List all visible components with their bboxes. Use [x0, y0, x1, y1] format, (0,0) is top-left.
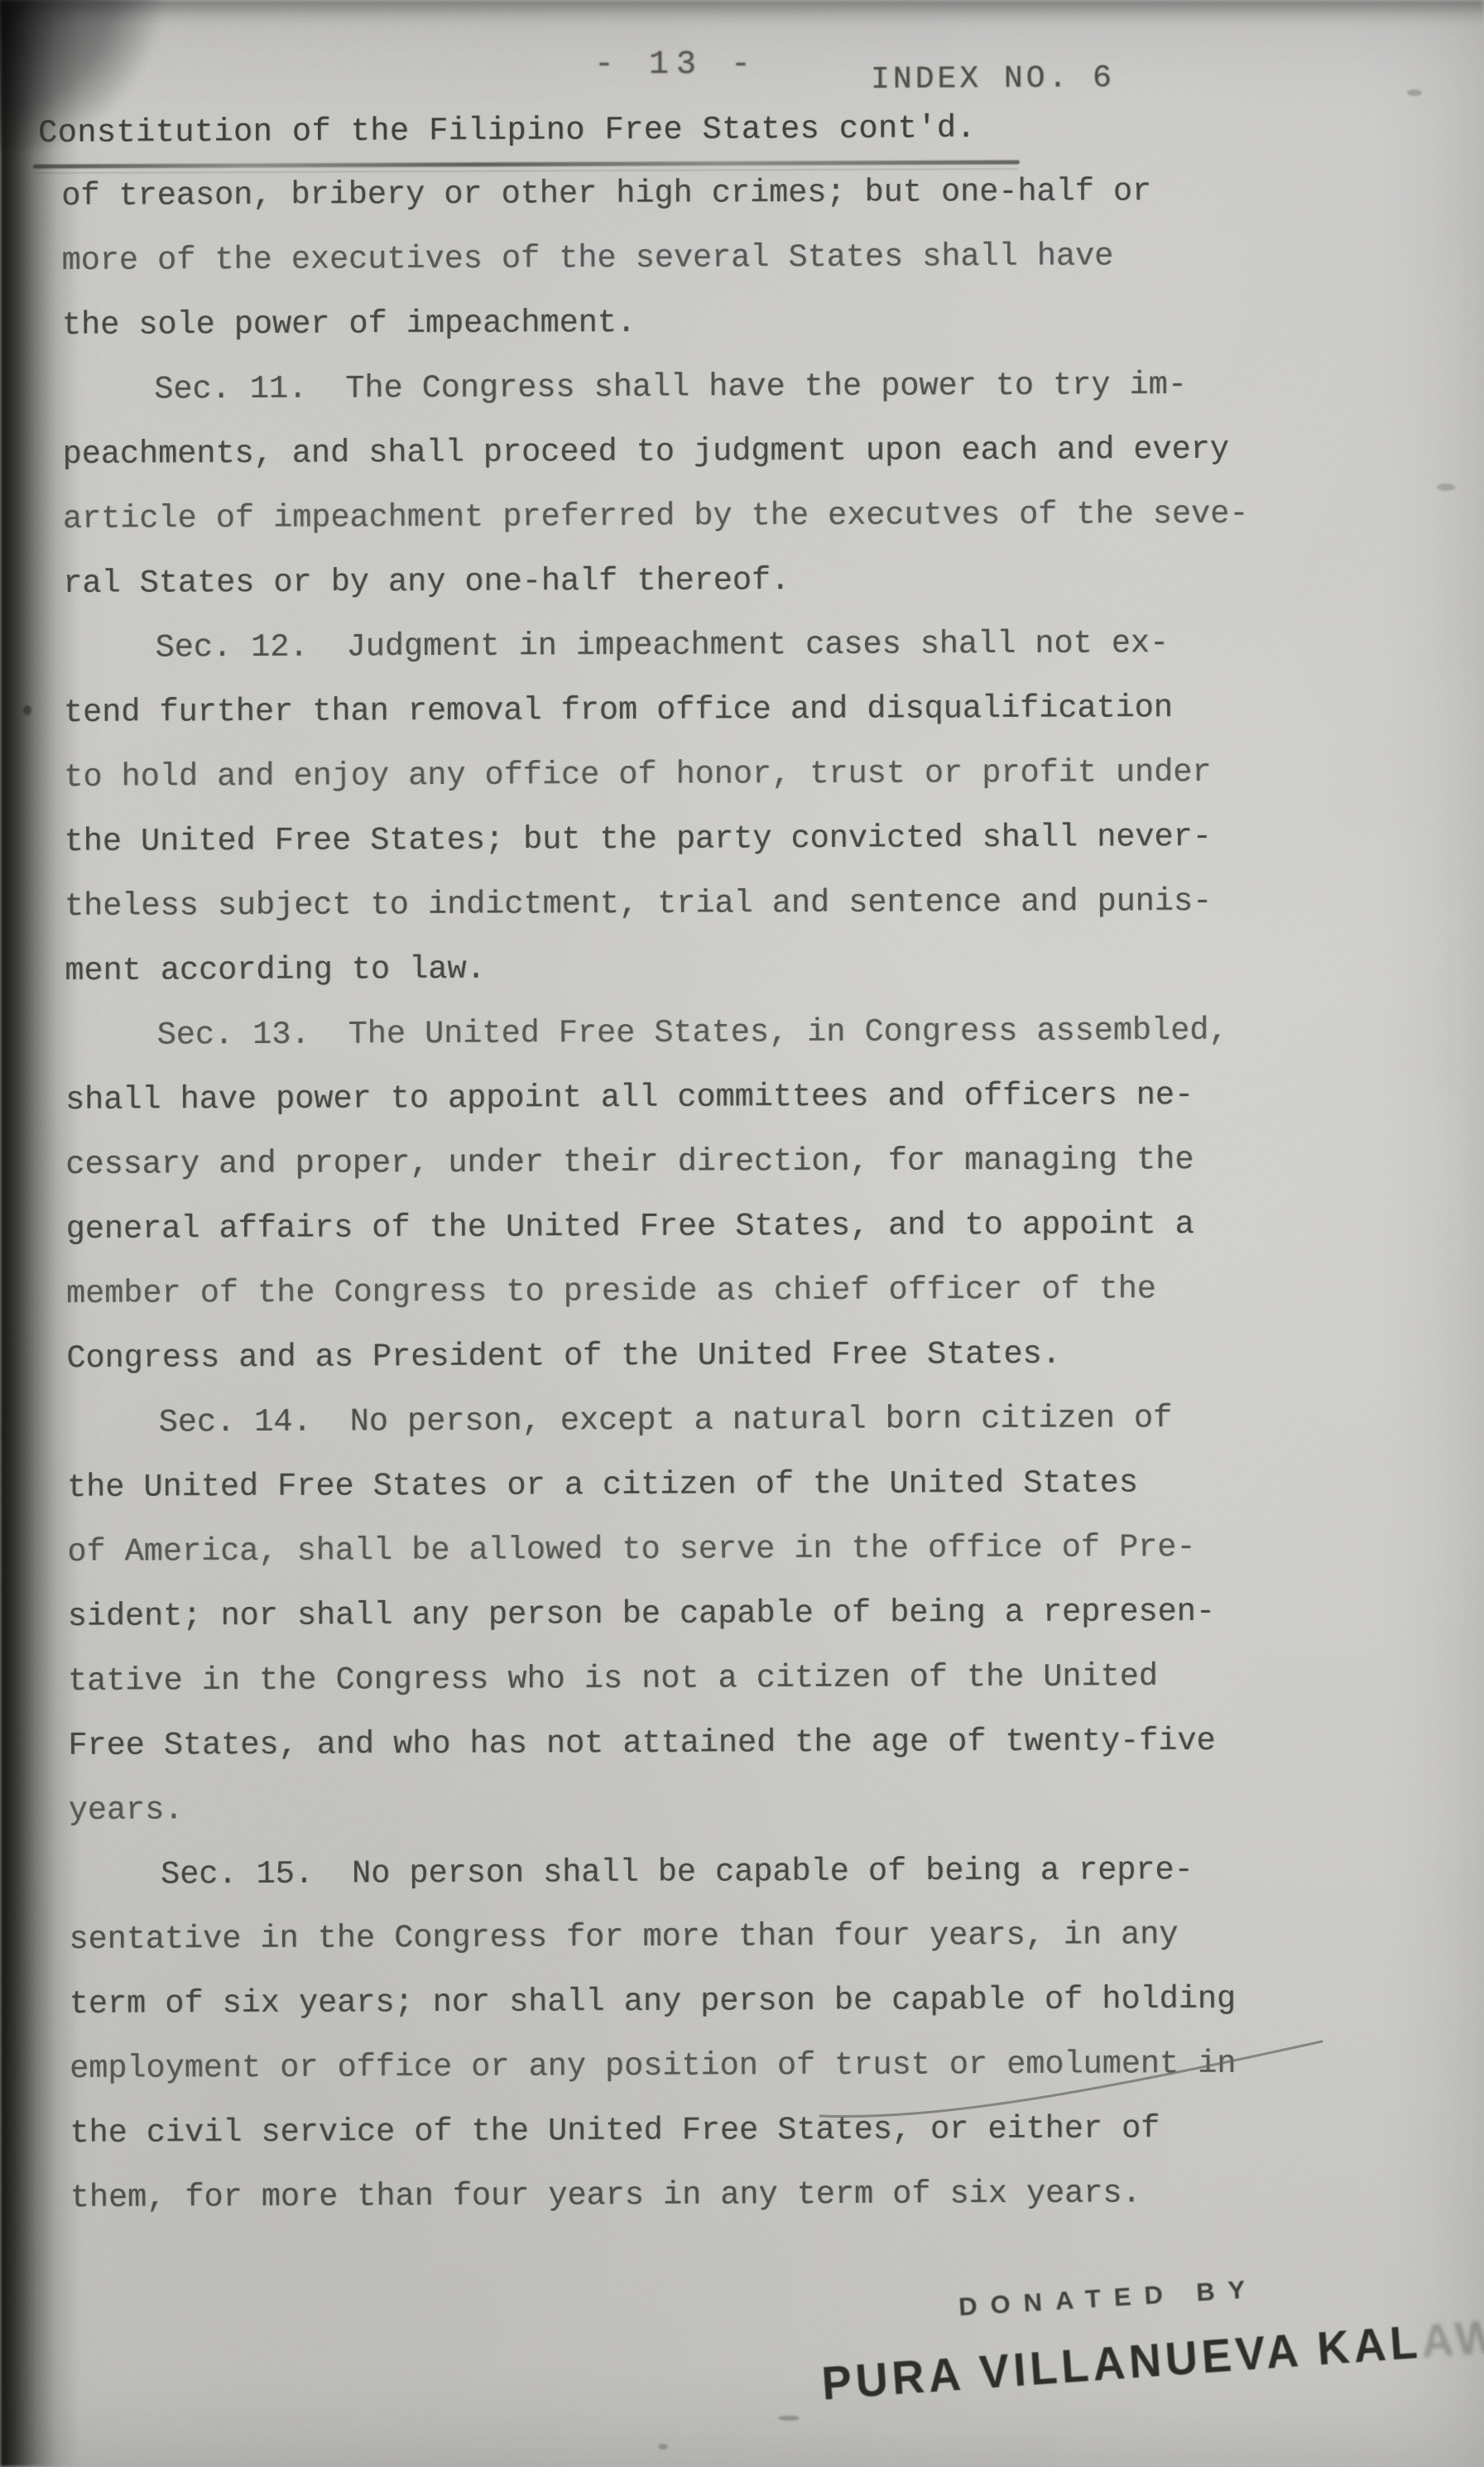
stamp-donor-name: PURA VILLANUEVA KALAW [820, 2310, 1484, 2411]
text-line: Sec. 12. Judgment in impeachment cases s… [63, 610, 1354, 680]
text-line: general affairs of the United Free State… [65, 1191, 1357, 1262]
text-line: Sec. 15. No person shall be capable of b… [69, 1837, 1360, 1907]
text-line: Sec. 14. No person, except a natural bor… [66, 1385, 1357, 1455]
text-line: the United Free States; but the party co… [64, 804, 1355, 874]
text-line: the sole power of impeachment. [62, 287, 1353, 358]
text-line: of treason, bribery or other high crimes… [61, 158, 1352, 228]
ink-speck [1407, 89, 1422, 96]
text-line: tative in the Congress who is not a citi… [68, 1643, 1359, 1714]
text-line: Sec. 13. The United Free States, in Cong… [65, 998, 1356, 1068]
ink-speck [778, 2416, 800, 2421]
stamp-donor-name-faded: AW [1419, 2311, 1484, 2368]
text-line: member of the Congress to preside as chi… [66, 1256, 1357, 1326]
text-line: ment according to law. [65, 933, 1356, 1003]
text-line: employment or office or any position of … [70, 2031, 1361, 2101]
text-line: sentative in the Congress for more than … [69, 1902, 1360, 1972]
stamp-donor-name-main: PURA VILLANUEVA KAL [820, 2316, 1424, 2410]
text-line: article of impeachment preferred by the … [63, 481, 1354, 551]
ink-speck [1437, 483, 1455, 491]
text-line: term of six years; nor shall any person … [70, 1966, 1361, 2037]
text-line: ral States or by any one-half thereof. [63, 546, 1354, 616]
text-line: years. [69, 1772, 1360, 1843]
text-line: theless subject to indictment, trial and… [65, 868, 1356, 939]
scan-top-edge-shadow [0, 0, 1484, 25]
text-line: the civil service of the United Free Sta… [70, 2095, 1361, 2166]
text-line: peachments, and shall proceed to judgmen… [62, 416, 1353, 487]
text-line: Free States, and who has not attained th… [68, 1708, 1359, 1778]
text-line: the United Free States or a citizen of t… [67, 1450, 1358, 1520]
text-line: sident; nor shall any person be capable … [67, 1579, 1358, 1649]
text-line: more of the executives of the several St… [61, 223, 1352, 293]
stamp-donated-by: DONATED BY [958, 2274, 1259, 2322]
text-line: Congress and as President of the United … [66, 1320, 1357, 1391]
index-number-label: INDEX NO. 6 [871, 60, 1115, 98]
text-line: Sec. 11. The Congress shall have the pow… [62, 352, 1353, 422]
text-line: tend further than removal from office an… [64, 675, 1355, 745]
text-line: cessary and proper, under their directio… [65, 1127, 1357, 1197]
text-line: shall have power to appoint all committe… [65, 1062, 1357, 1133]
ink-speck [658, 2444, 668, 2450]
text-line: to hold and enjoy any office of honor, t… [64, 739, 1355, 810]
text-line: of America, shall be allowed to serve in… [67, 1514, 1358, 1585]
scanned-document-page: - 13 - INDEX NO. 6 Constitution of the F… [0, 0, 1484, 2467]
document-heading: Constitution of the Filipino Free States… [38, 110, 976, 151]
text-line: them, for more than four years in any te… [70, 2160, 1362, 2230]
page-number: - 13 - [594, 46, 758, 84]
scan-left-edge-shadow [0, 0, 79, 2467]
scan-corner-shadow [0, 0, 166, 149]
body-text: of treason, bribery or other high crimes… [61, 158, 1362, 2230]
